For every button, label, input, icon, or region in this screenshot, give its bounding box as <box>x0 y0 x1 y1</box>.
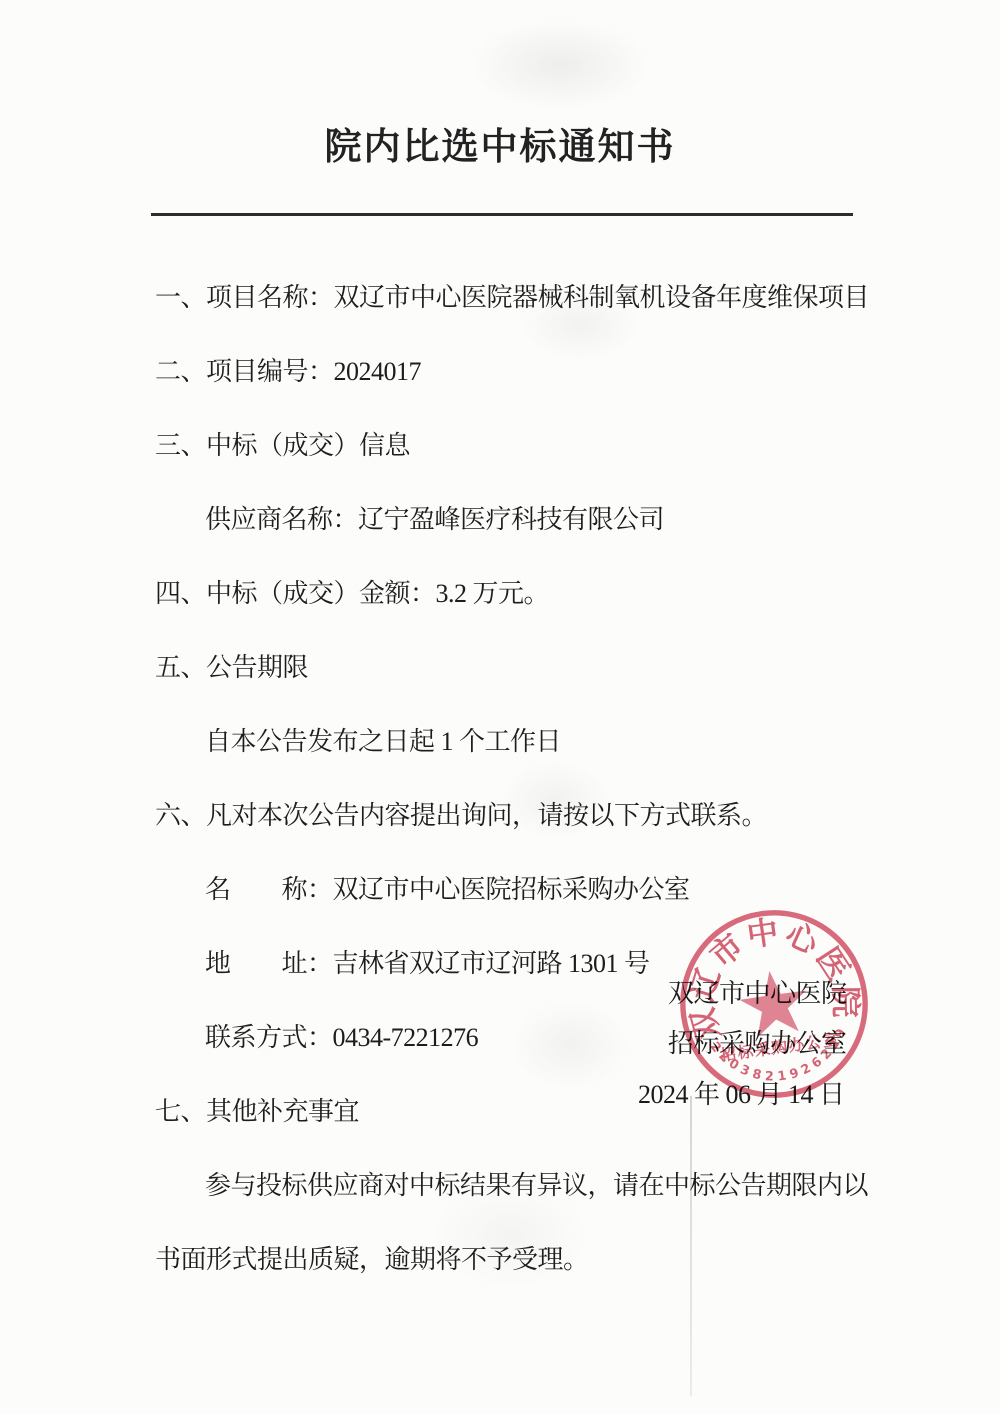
title-divider <box>151 213 853 216</box>
signature-org-line1: 双辽市中心医院 <box>668 973 847 1010</box>
body-line-contact-name: 名 称：双辽市中心医院招标采购办公室 <box>0 863 1000 911</box>
document-title: 院内比选中标通知书 <box>0 116 1000 170</box>
signature-org-line2: 招标采购办公室 <box>668 1023 847 1060</box>
body-line-notice-period: 五、公告期限 <box>0 641 1000 689</box>
signature-date: 2024 年 06 月 14 日 <box>638 1074 845 1111</box>
scan-artifact <box>470 20 650 110</box>
body-line-period-detail: 自本公告发布之日起 1 个工作日 <box>0 715 1000 763</box>
body-line-objection-2: 书面形式提出质疑，逾期将不予受理。 <box>0 1233 1000 1281</box>
body-line-supplier-name: 供应商名称：辽宁盈峰医疗科技有限公司 <box>0 493 1000 541</box>
body-line-award-info: 三、中标（成交）信息 <box>0 419 1000 467</box>
body-line-project-number: 二、项目编号：2024017 <box>0 345 1000 393</box>
body-line-objection-1: 参与投标供应商对中标结果有异议，请在中标公告期限内以 <box>0 1159 1000 1207</box>
body-line-project-name: 一、项目名称：双辽市中心医院器械科制氧机设备年度维保项目 <box>0 271 1000 319</box>
body-line-contact-intro: 六、凡对本次公告内容提出询问，请按以下方式联系。 <box>0 789 1000 837</box>
body-line-other-matters: 七、其他补充事宜 <box>0 1085 1000 1133</box>
document-body: 一、项目名称：双辽市中心医院器械科制氧机设备年度维保项目 二、项目编号：2024… <box>0 245 1000 1307</box>
body-line-award-amount: 四、中标（成交）金额：3.2 万元。 <box>0 567 1000 615</box>
document-page: 院内比选中标通知书 一、项目名称：双辽市中心医院器械科制氧机设备年度维保项目 二… <box>0 0 1000 1414</box>
body-line-contact-phone: 联系方式：0434-7221276 <box>0 1011 1000 1059</box>
body-line-contact-address: 地 址：吉林省双辽市辽河路 1301 号 <box>0 937 1000 985</box>
